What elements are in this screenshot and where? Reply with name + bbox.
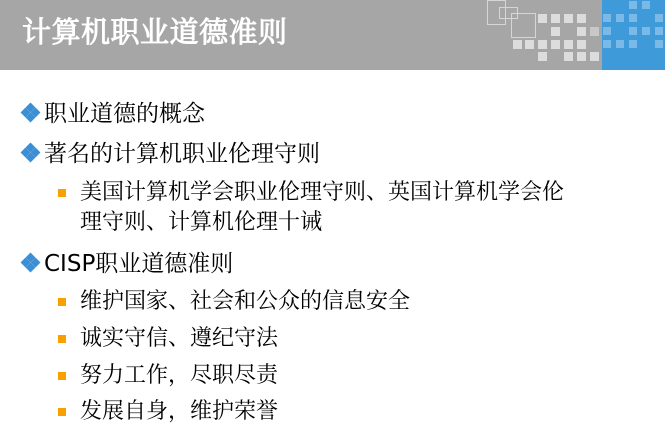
bullet-text: 著名的计算机职业伦理守则: [44, 141, 320, 167]
bullet-text: 美国计算机学会职业伦理守则、英国计算机学会伦: [80, 178, 564, 208]
bullet-item-level1: CISP职业道德准则: [22, 249, 233, 279]
diamond-cluster-icon: [22, 104, 40, 122]
bullet-item-level1: 职业道德的概念: [22, 99, 205, 129]
bullet-text: 理守则、计算机伦理十诫: [80, 208, 322, 238]
bullet-text: 发展自身，维护荣誉: [80, 397, 278, 427]
bullet-text: 职业道德的概念: [44, 101, 205, 127]
orange-square-icon: [58, 189, 66, 197]
bullet-item-level1: 著名的计算机职业伦理守则: [22, 139, 320, 169]
bullet-text: CISP职业道德准则: [44, 251, 233, 277]
orange-square-icon: [58, 372, 66, 380]
orange-square-icon: [58, 408, 66, 416]
orange-square-icon: [58, 298, 66, 306]
orange-square-icon: [58, 335, 66, 343]
diamond-cluster-icon: [22, 254, 40, 272]
bullet-text: 努力工作，尽职尽责: [80, 361, 278, 391]
bullet-text: 诚实守信、遵纪守法: [80, 324, 278, 354]
slide-body: 职业道德的概念 著名的计算机职业伦理守则 美国计算机学会职业伦理守则、英国计算机…: [0, 0, 665, 434]
diamond-cluster-icon: [22, 144, 40, 162]
bullet-text: 维护国家、社会和公众的信息安全: [80, 287, 410, 317]
